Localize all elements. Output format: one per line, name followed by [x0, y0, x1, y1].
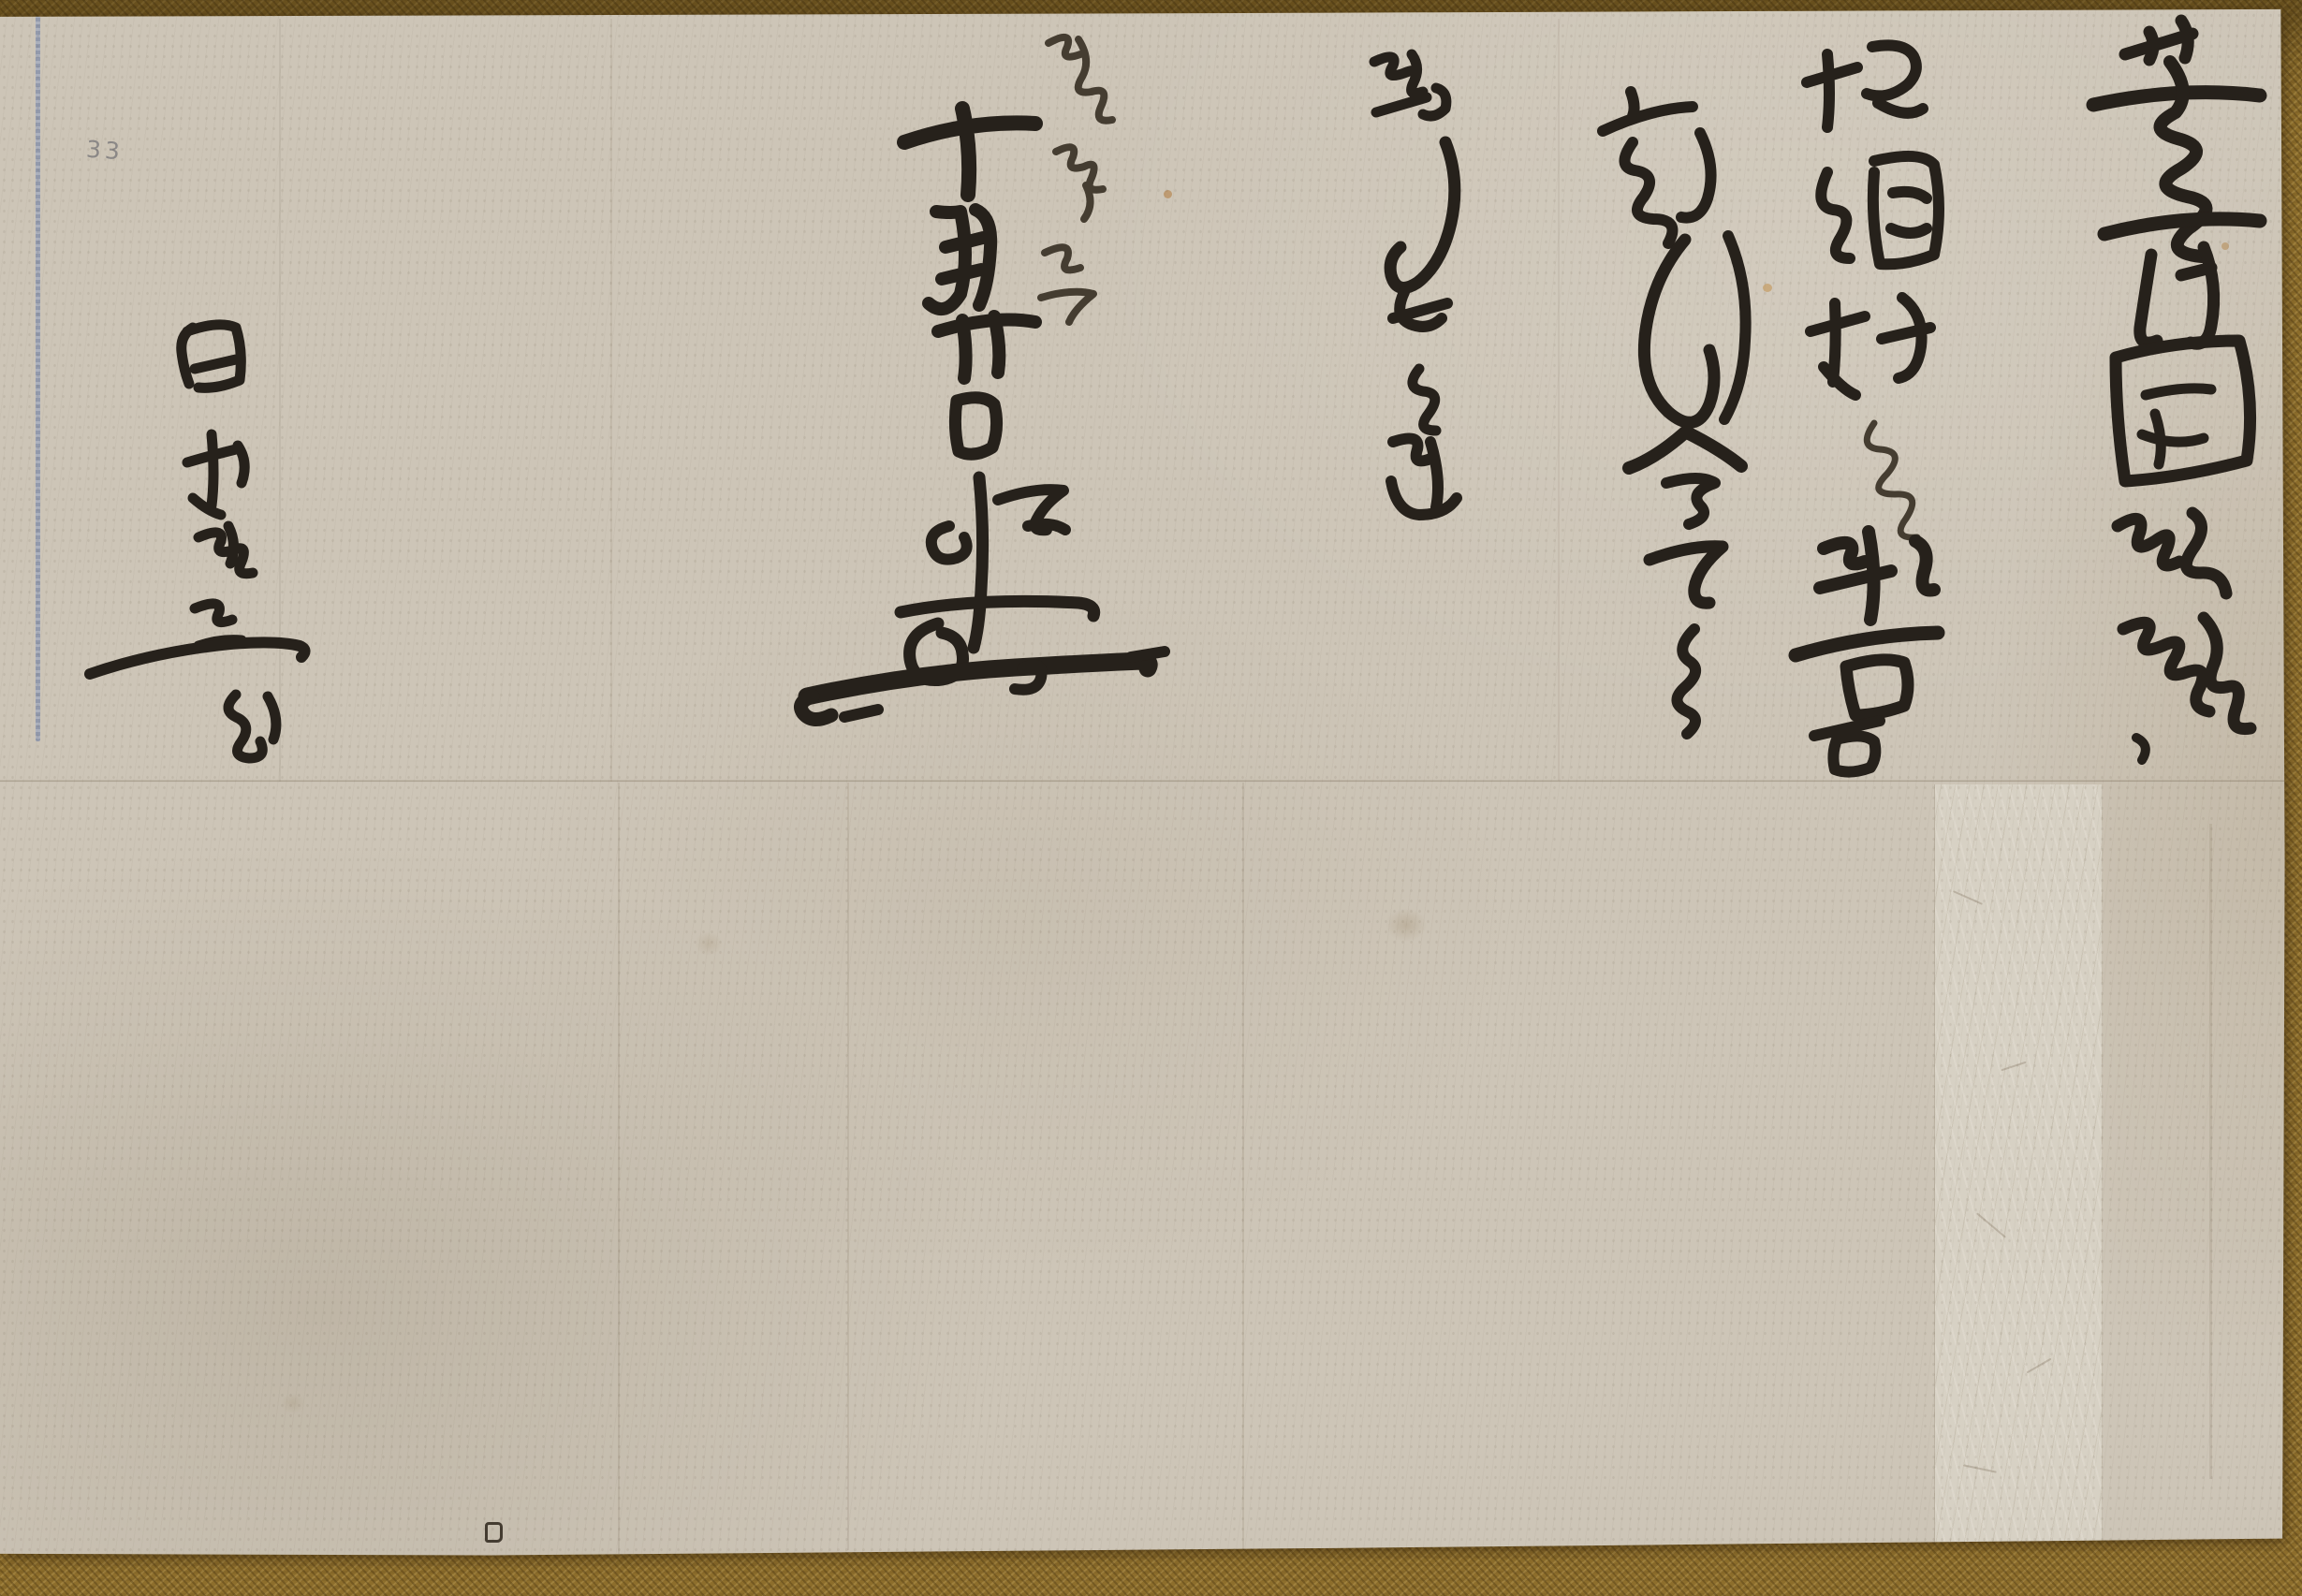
vertical-crease-4: [847, 783, 849, 1550]
paper-sheet: 33: [0, 0, 2302, 1596]
fibrous-backing-strip: [1934, 784, 2103, 1548]
horizontal-fold-crease: [0, 780, 2289, 783]
vertical-crease-6: [1558, 19, 1560, 781]
vertical-crease-5: [1242, 783, 1244, 1550]
vertical-crease-2: [610, 19, 612, 782]
vertical-wrinkle-right: [2209, 824, 2212, 1479]
vertical-crease-1: [279, 19, 281, 782]
foxing-spot: [1164, 190, 1172, 198]
ink-speck: [485, 1522, 503, 1543]
foxing-spot: [1763, 284, 1772, 292]
smudge: [695, 931, 723, 956]
smudge: [281, 1393, 305, 1413]
pencil-catalogue-number: 33: [85, 136, 125, 166]
vertical-crease-3: [618, 783, 620, 1554]
paper-sheet-wrapper: 33: [0, 0, 2302, 1596]
smudge: [1386, 908, 1427, 942]
foxing-spot: [2221, 242, 2229, 250]
blue-thread-left-edge: [36, 15, 40, 741]
